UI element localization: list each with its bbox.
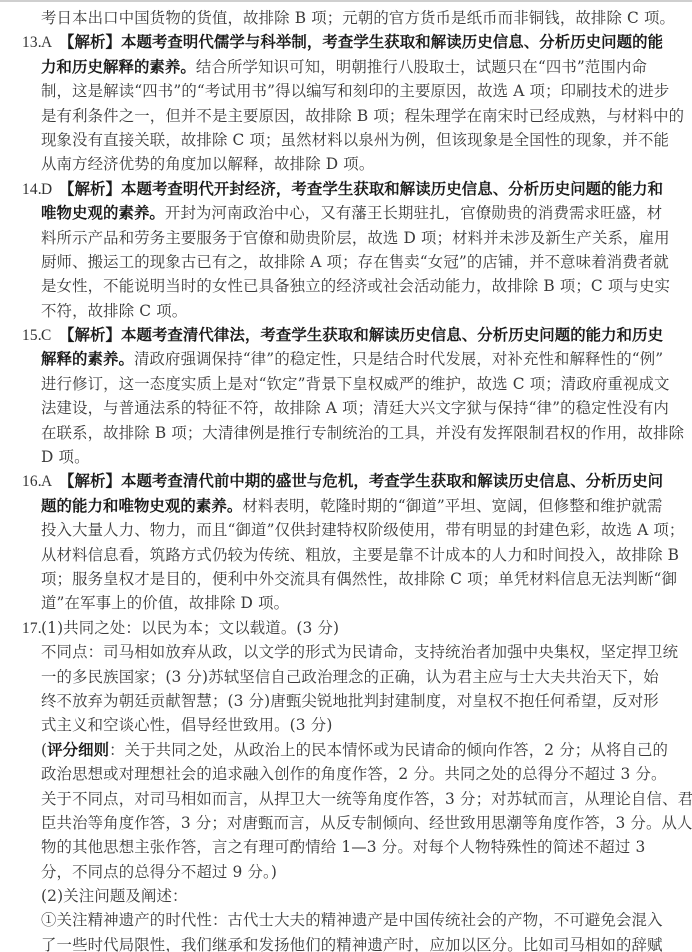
explanation-text: 投入大量人力、物力，而且“御道”仅供封建特权阶级使用，带有明显的封建色彩，故选 … xyxy=(41,521,684,539)
explanation-text: 不符，故排除 C 项。 xyxy=(41,302,187,320)
text-line: 一的多民族国家；(3 分)苏轼坚信自己政治理念的正确，认为君主应与士大夫共治天下… xyxy=(0,665,692,689)
text-line: 道”在军事上的价值，故排除 D 项。 xyxy=(0,591,692,615)
text-line: 解释的素养。清政府强调保持“律”的稳定性，只是结合时代发展，对补充性和解释性的“… xyxy=(0,347,692,371)
text-line: 是有利条件之一，但并不是主要原因，故排除 B 项；程朱理学在南宋时已经成熟，与材… xyxy=(0,104,692,128)
question-number: 13. xyxy=(22,31,41,54)
text-line: 力和历史解释的素养。结合所学知识可知，明朝推行八股取士，试题只在“四书”范围内命 xyxy=(0,55,692,79)
text-line: 唯物史观的素养。开封为河南政治中心，又有藩王长期驻扎，官僚勋贵的消费需求旺盛，材 xyxy=(0,201,692,225)
bold-analysis-text: 力和历史解释的素养。 xyxy=(41,58,196,76)
question-number: 17. xyxy=(22,617,41,640)
text-line: 在联系，故排除 B 项；大清律例是推行专制统治的工具，并没有发挥限制君权的作用，… xyxy=(0,421,692,445)
explanation-text: 清政府强调保持“律”的稳定性，只是结合时代发展，对补充性和解释性的“例” xyxy=(134,350,663,368)
text-line: 法建设，与普通法系的特征不符，故排除 A 项；清廷大兴文字狱与保持“律”的稳定性… xyxy=(0,396,692,420)
explanation-text: 道”在军事上的价值，故排除 D 项。 xyxy=(41,594,289,612)
explanation-text: ①关注精神遗产的时代性：古代士大夫的精神遗产是中国传统社会的产物，不可避免会混入 xyxy=(41,911,663,929)
text-line: 终不放弃为朝廷贡献智慧；(3 分)唐甄尖锐地批判封建制度，对皇权不抱任何希望，反… xyxy=(0,689,692,713)
explanation-text: 项；服务皇权才是目的，便利中外交流具有偶然性，故排除 C 项；单凭材料信息无法判… xyxy=(41,570,677,588)
text-line: 从材料信息看，筑路方式仍较为传统、粗放，主要是靠不计成本的人力和时间投入，故排除… xyxy=(0,543,692,567)
question-line: 13.A【解析】本题考查明代儒学与科举制，考查学生获取和解读历史信息、分析历史问… xyxy=(0,30,692,54)
explanation-text: 从材料信息看，筑路方式仍较为传统、粗放，主要是靠不计成本的人力和时间投入，故排除… xyxy=(41,546,679,564)
explanation-text: 料所示产品和劳务主要服务于官僚和勋贵阶层，故选 D 项；材料并未涉及新生产关系，… xyxy=(41,229,670,247)
text-line: 制，这是解读“四书”的“考试用书”得以编写和刻印的主要原因，故选 A 项；印刷技… xyxy=(0,79,692,103)
text-line: 项；服务皇权才是目的，便利中外交流具有偶然性，故排除 C 项；单凭材料信息无法判… xyxy=(0,567,692,591)
question-line: 16.A【解析】本题考查清代前中期的盛世与危机，考查学生获取和解读历史信息、分析… xyxy=(0,469,692,493)
question-line: 15.C【解析】本题考查清代律法，考查学生获取和解读历史信息、分析历史问题的能力… xyxy=(0,323,692,347)
explanation-text: ：关于共同之处，从政治上的民本情怀或为民请命的倾向作答，2 分；从将自己的 xyxy=(109,741,668,759)
text-line: 从南方经济优势的角度加以解释，故排除 D 项。 xyxy=(0,152,692,176)
explanation-text: 进行修订，这一态度实质上是对“钦定”背景下皇权威严的维护，故选 C 项；清政府重… xyxy=(41,375,670,393)
text-line: 投入大量人力、物力，而且“御道”仅供封建特权阶级使用，带有明显的封建色彩，故选 … xyxy=(0,518,692,542)
explanation-text: 臣共治等角度作答，3 分；对唐甄而言，从反专制倾向、经世致用思潮等角度作答，3 … xyxy=(41,814,692,832)
text-line: ①关注精神遗产的时代性：古代士大夫的精神遗产是中国传统社会的产物，不可避免会混入 xyxy=(0,908,692,932)
explanation-text: 一的多民族国家；(3 分)苏轼坚信自己政治理念的正确，认为君主应与士大夫共治天下… xyxy=(41,668,659,686)
answer-choice: A xyxy=(41,31,59,54)
text-line: (评分细则：关于共同之处，从政治上的民本情怀或为民请命的倾向作答，2 分；从将自… xyxy=(0,738,692,762)
explanation-text: 法建设，与普通法系的特征不符，故排除 A 项；清廷大兴文字狱与保持“律”的稳定性… xyxy=(41,399,669,417)
text-line: 政治思想或对理想社会的追求融入创作的角度作答，2 分。共同之处的总得分不超过 3… xyxy=(0,762,692,786)
text-line: D 项。 xyxy=(0,445,692,469)
explanation-text: 材料表明，乾隆时期的“御道”平坦、宽阔，但修整和维护就需 xyxy=(242,497,662,515)
answer-key-page: 考日本出口中国货物的货值，故排除 B 项；元朝的官方货币是纸币而非铜钱，故排除 … xyxy=(0,6,692,952)
text-line: 不同点：司马相如放弃从政，以文学的形式为民请命，支持统治者加强中央集权，坚定捍卫… xyxy=(0,640,692,664)
explanation-text: 政治思想或对理想社会的追求融入创作的角度作答，2 分。共同之处的总得分不超过 3… xyxy=(41,765,667,783)
text-line: 臣共治等角度作答，3 分；对唐甄而言，从反专制倾向、经世致用思潮等角度作答，3 … xyxy=(0,811,692,835)
question-number: 16. xyxy=(22,470,41,493)
explanation-text: 终不放弃为朝廷贡献智慧；(3 分)唐甄尖锐地批判封建制度，对皇权不抱任何希望，反… xyxy=(41,692,659,710)
question-number: 15. xyxy=(22,324,41,347)
explanation-text: 考日本出口中国货物的货值，故排除 B 项；元朝的官方货币是纸币而非铜钱，故排除 … xyxy=(41,9,675,27)
text-line: 题的能力和唯物史观的素养。材料表明，乾隆时期的“御道”平坦、宽阔，但修整和维护就… xyxy=(0,494,692,518)
answer-text-body: 考日本出口中国货物的货值，故排除 B 项；元朝的官方货币是纸币而非铜钱，故排除 … xyxy=(0,6,692,952)
text-line: 不符，故排除 C 项。 xyxy=(0,299,692,323)
explanation-text: 现象没有直接关联，故排除 C 项；虽然材料以泉州为例，但该现象是全国性的现象，并… xyxy=(41,131,669,149)
text-line: 物的其他思想主张作答，言之有理可酌情给 1—3 分。对每个人物特殊性的简述不超过… xyxy=(0,835,692,859)
question-line: 17.(1)共同之处：以民为本；文以载道。(3 分) xyxy=(0,616,692,640)
explanation-text: 物的其他思想主张作答，言之有理可酌情给 1—3 分。对每个人物特殊性的简述不超过… xyxy=(41,838,645,856)
explanation-text: 厨师、搬运工的现象古已有之，故排除 A 项；存在售卖“女冠”的店铺，并不意味着消… xyxy=(41,253,669,271)
answer-choice: C xyxy=(41,324,59,347)
explanation-text: 结合所学知识可知，明朝推行八股取士，试题只在“四书”范围内命 xyxy=(196,58,647,76)
text-line: 式主义和空谈心性，倡导经世致用。(3 分) xyxy=(0,713,692,737)
explanation-text: 不同点：司马相如放弃从政，以文学的形式为民请命，支持统治者加强中央集权，坚定捍卫… xyxy=(41,643,678,661)
explanation-text: 是有利条件之一，但并不是主要原因，故排除 B 项；程朱理学在南宋时已经成熟，与材… xyxy=(41,107,684,125)
question-line: 14.D【解析】本题考查明代开封经济，考查学生获取和解读历史信息、分析历史问题的… xyxy=(0,177,692,201)
page-top-border xyxy=(0,0,692,2)
bold-analysis-text: 题的能力和唯物史观的素养。 xyxy=(41,497,242,515)
explanation-text: 分，不同点的总得分不超过 9 分。) xyxy=(41,863,277,881)
explanation-text: 开封为河南政治中心，又有藩王长期驻扎，官僚勋贵的消费需求旺盛，材 xyxy=(165,204,662,222)
text-line: (2)关注问题及阐述： xyxy=(0,884,692,908)
text-line: 分，不同点的总得分不超过 9 分。) xyxy=(0,860,692,884)
text-line: 现象没有直接关联，故排除 C 项；虽然材料以泉州为例，但该现象是全国性的现象，并… xyxy=(0,128,692,152)
bold-analysis-text: 【解析】本题考查清代前中期的盛世与危机，考查学生获取和解读历史信息、分析历史问 xyxy=(59,472,663,490)
explanation-text: (2)关注问题及阐述： xyxy=(41,887,188,905)
bold-analysis-text: 【解析】本题考查清代律法，考查学生获取和解读历史信息、分析历史问题的能力和历史 xyxy=(59,326,663,344)
explanation-text: 从南方经济优势的角度加以解释，故排除 D 项。 xyxy=(41,155,374,173)
explanation-text: 是女性，不能说明当时的女性已具备独立的经济或社会活动能力，故排除 B 项；C 项… xyxy=(41,277,670,295)
text-line: 进行修订，这一态度实质上是对“钦定”背景下皇权威严的维护，故选 C 项；清政府重… xyxy=(0,372,692,396)
explanation-text: 式主义和空谈心性，倡导经世致用。(3 分) xyxy=(41,716,332,734)
explanation-text: 关于不同点，对司马相如而言，从捍卫大一统等角度作答，3 分；对苏轼而言，从理论自… xyxy=(41,790,692,808)
question-number: 14. xyxy=(22,178,41,201)
bold-analysis-text: 【解析】本题考查明代儒学与科举制，考查学生获取和解读历史信息、分析历史问题的能 xyxy=(59,33,663,51)
text-line: 考日本出口中国货物的货值，故排除 B 项；元朝的官方货币是纸币而非铜钱，故排除 … xyxy=(0,6,692,30)
explanation-text: 制，这是解读“四书”的“考试用书”得以编写和刻印的主要原因，故选 A 项；印刷技… xyxy=(41,82,669,100)
text-line: 厨师、搬运工的现象古已有之，故排除 A 项；存在售卖“女冠”的店铺，并不意味着消… xyxy=(0,250,692,274)
explanation-text: 了一些时代局限性，我们继承和发扬他们的精神遗产时，应加以区分。比如司马相如的辞赋 xyxy=(41,936,663,952)
answer-choice: D xyxy=(41,178,59,201)
bold-analysis-text: 评分细则 xyxy=(47,741,109,759)
explanation-text: 在联系，故排除 B 项；大清律例是推行专制统治的工具，并没有发挥限制君权的作用，… xyxy=(41,424,684,442)
explanation-text: D 项。 xyxy=(41,448,90,466)
text-line: 料所示产品和劳务主要服务于官僚和勋贵阶层，故选 D 项；材料并未涉及新生产关系，… xyxy=(0,226,692,250)
bold-analysis-text: 【解析】本题考查明代开封经济，考查学生获取和解读历史信息、分析历史问题的能力和 xyxy=(59,180,663,198)
answer-choice: A xyxy=(41,470,59,493)
explanation-text: (1)共同之处：以民为本；文以载道。(3 分) xyxy=(41,619,339,637)
bold-analysis-text: 解释的素养。 xyxy=(41,350,134,368)
text-line: 关于不同点，对司马相如而言，从捍卫大一统等角度作答，3 分；对苏轼而言，从理论自… xyxy=(0,787,692,811)
bold-analysis-text: 唯物史观的素养。 xyxy=(41,204,165,222)
text-line: 是女性，不能说明当时的女性已具备独立的经济或社会活动能力，故排除 B 项；C 项… xyxy=(0,274,692,298)
text-line: 了一些时代局限性，我们继承和发扬他们的精神遗产时，应加以区分。比如司马相如的辞赋 xyxy=(0,933,692,952)
